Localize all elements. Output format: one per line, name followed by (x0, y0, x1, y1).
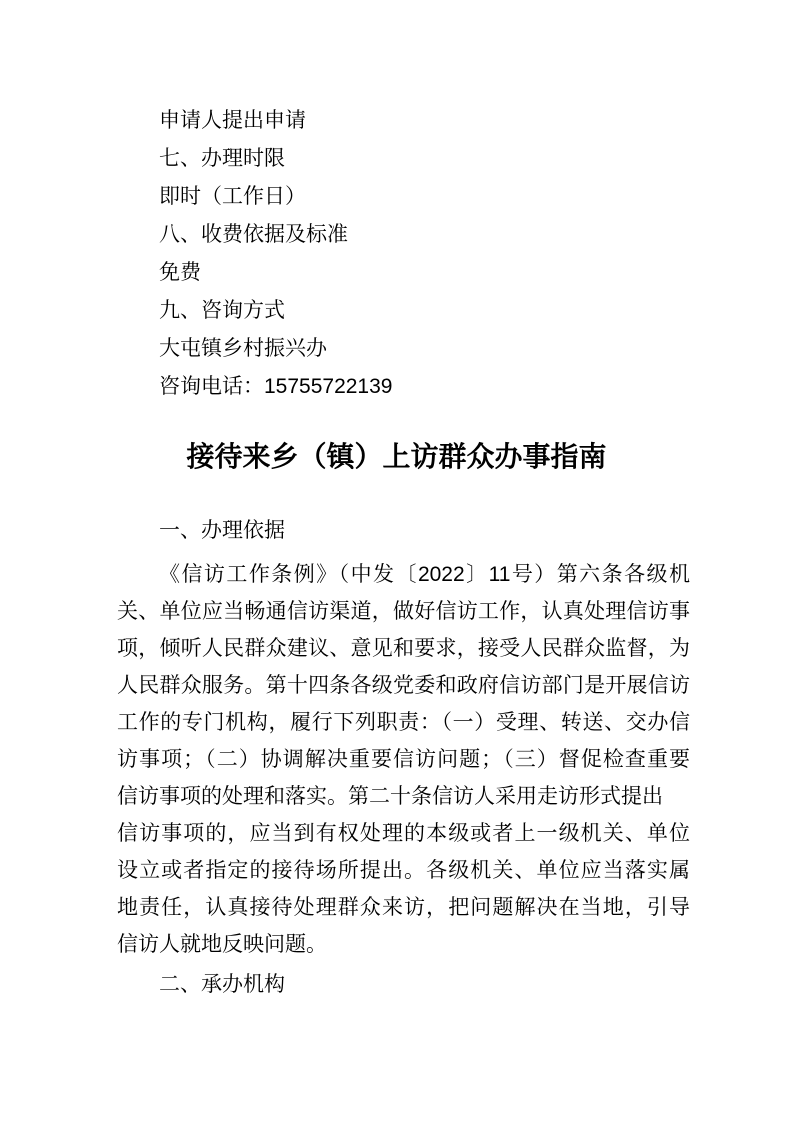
intro-line-office: 大屯镇乡村振兴办 (117, 330, 690, 368)
paragraph-line: 工作的专门机构，履行下列职责：（一）受理、转送、交办信 (117, 704, 690, 741)
paragraph-line: 项，倾听人民群众建议、意见和要求，接受人民群众监督，为 (117, 630, 690, 667)
intro-line-applicant: 申请人提出申请 (117, 102, 690, 140)
intro-line-phone: 咨询电话：15755722139 (117, 368, 690, 406)
legal-basis-paragraph: 《信访工作条例》（中发〔2022〕11号）第六条各级机 关、单位应当畅通信访渠道… (117, 556, 690, 963)
document-page: 申请人提出申请 七、办理时限 即时（工作日） 八、收费依据及标准 免费 九、咨询… (0, 0, 793, 1122)
paragraph-line: 设立或者指定的接待场所提出。各级机关、单位应当落实属 (117, 852, 690, 889)
paragraph-line: 《信访工作条例》（中发〔2022〕11号）第六条各级机 (117, 556, 690, 593)
intro-line-free: 免费 (117, 254, 690, 292)
section-heading-basis: 一、办理依据 (117, 512, 732, 550)
paragraph-line: 信访人就地反映问题。 (117, 926, 690, 963)
section-heading-agency: 二、承办机构 (117, 966, 732, 1004)
intro-line-item-9: 九、咨询方式 (117, 292, 690, 330)
paragraph-line: 关、单位应当畅通信访渠道，做好信访工作，认真处理信访事 (117, 593, 690, 630)
page-title: 接待来乡（镇）上访群众办事指南 (0, 434, 793, 480)
intro-list: 申请人提出申请 七、办理时限 即时（工作日） 八、收费依据及标准 免费 九、咨询… (117, 102, 690, 406)
intro-line-time-limit: 即时（工作日） (117, 178, 690, 216)
intro-line-item-8: 八、收费依据及标准 (117, 216, 690, 254)
paragraph-line: 信访事项的，应当到有权处理的本级或者上一级机关、单位 (117, 815, 690, 852)
intro-line-item-7: 七、办理时限 (117, 140, 690, 178)
paragraph-line: 信访事项的处理和落实。第二十条信访人采用走访形式提出 (117, 778, 690, 815)
paragraph-line: 访事项；（二）协调解决重要信访问题；（三）督促检查重要 (117, 741, 690, 778)
paragraph-line: 人民群众服务。第十四条各级党委和政府信访部门是开展信访 (117, 667, 690, 704)
paragraph-line: 地责任，认真接待处理群众来访，把问题解决在当地，引导 (117, 889, 690, 926)
